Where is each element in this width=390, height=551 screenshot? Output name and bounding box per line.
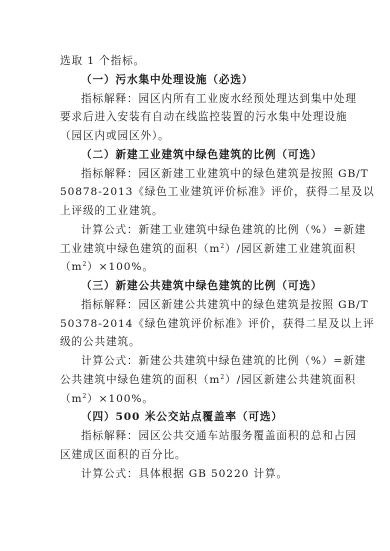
section-heading-4: （四）500 米公交站点覆盖率（可选） (60, 408, 332, 427)
text-segment: ）×100%。 (87, 393, 154, 405)
text-line: 50378-2014《绿色建筑评价标准》评价，获得二星及以上评 (60, 315, 332, 334)
text-line: 要求后进入安装有自动在线监控装置的污水集中处理设施 (60, 108, 332, 127)
section-heading-1: （一）污水集中处理设施（必选） (60, 71, 332, 90)
text-line: 50878-2013《绿色工业建筑评价标准》评价，获得二星及以 (60, 183, 332, 202)
text-line: 指标解释：园区公共交通车站服务覆盖面积的总和占园 (60, 427, 332, 446)
text-line: 级的公共建筑。 (60, 333, 332, 352)
text-line: 指标解释：园区新建工业建筑中的绿色建筑是按照 GB/T (60, 165, 332, 184)
text-line: （园区内或园区外）。 (60, 127, 332, 146)
text-segment: ）/园区新建公共建筑面积 (225, 374, 356, 386)
text-segment: ）×100%。 (87, 261, 154, 273)
text-segment: 工业建筑中绿色建筑的面积（m (60, 243, 220, 255)
section-heading-2: （二）新建工业建筑中绿色建筑的比例（可选） (60, 146, 332, 165)
formula-line: 计算公式：具体根据 GB 50220 计算。 (60, 465, 332, 484)
text-line: 区建成区面积的百分比。 (60, 446, 332, 465)
section-heading-3: （三）新建公共建筑中绿色建筑的比例（可选） (60, 277, 332, 296)
text-line: 指标解释：园区内所有工业废水经预处理达到集中处理 (60, 90, 332, 109)
formula-line: 公共建筑中绿色建筑的面积（m2）/园区新建公共建筑面积 (60, 371, 332, 390)
text-segment: 公共建筑中绿色建筑的面积（m (60, 374, 220, 386)
formula-line: （m2）×100%。 (60, 258, 332, 277)
text-line: 上评级的工业建筑。 (60, 202, 332, 221)
formula-line: 工业建筑中绿色建筑的面积（m2）/园区新建工业建筑面积 (60, 240, 332, 259)
text-segment: （m (60, 393, 82, 405)
text-line: 选取 1 个指标。 (60, 52, 332, 71)
text-segment: ）/园区新建工业建筑面积 (225, 243, 356, 255)
text-line: 指标解释：园区新建公共建筑中的绿色建筑是按照 GB/T (60, 296, 332, 315)
document-page: 选取 1 个指标。 （一）污水集中处理设施（必选） 指标解释：园区内所有工业废水… (60, 52, 332, 483)
formula-line: 计算公式：新建工业建筑中绿色建筑的比例（%）=新建 (60, 221, 332, 240)
formula-line: （m2）×100%。 (60, 390, 332, 409)
text-segment: （m (60, 261, 82, 273)
formula-line: 计算公式：新建公共建筑中绿色建筑的比例（%）=新建 (60, 352, 332, 371)
